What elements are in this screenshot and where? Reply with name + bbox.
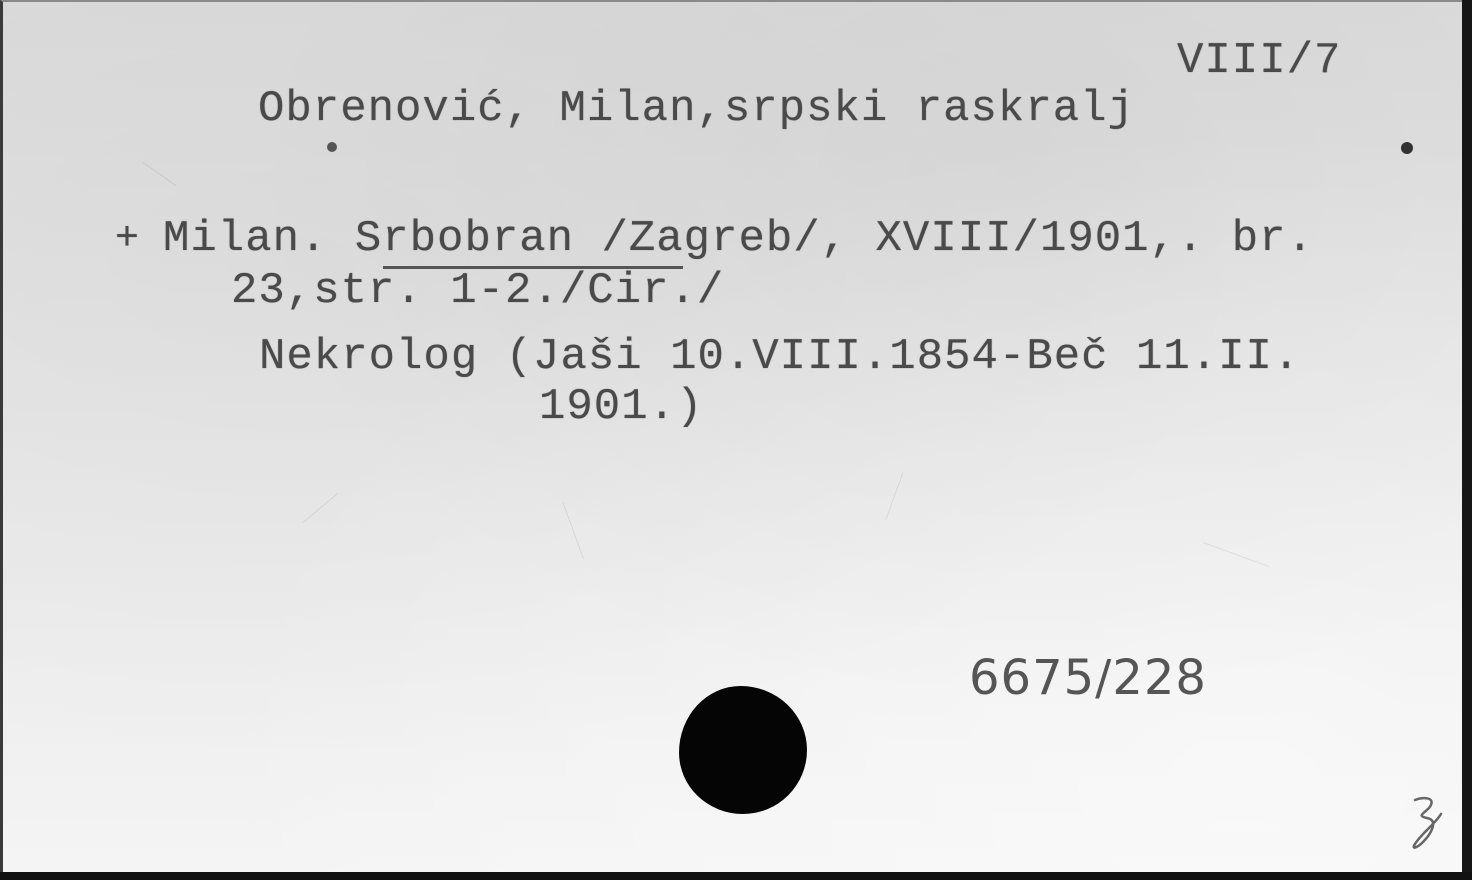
ink-dot — [327, 142, 337, 152]
paper-fiber — [303, 493, 338, 523]
inventory-number: 6675/228 — [969, 650, 1207, 706]
ink-dot — [1401, 142, 1413, 154]
entry-marker: + — [115, 217, 140, 262]
note-line-2: 1901.) — [539, 382, 703, 432]
note-line-1: Nekrolog (Jaši 10.VIII.1854-Beč 11.II. — [259, 332, 1300, 382]
scan-edge-bottom — [0, 872, 1472, 880]
paper-fiber — [143, 162, 176, 186]
citation-line-2: 23,str. 1-2./Cir./ — [231, 266, 724, 316]
paper-fiber — [1203, 542, 1269, 567]
paper-fiber — [885, 472, 903, 519]
handwritten-mark-icon — [1407, 794, 1447, 854]
card-heading: Obrenović, Milan,srpski raskralj — [258, 84, 1135, 134]
punch-hole — [679, 686, 807, 814]
catalog-card: VIII/7 Obrenović, Milan,srpski raskralj … — [0, 0, 1462, 872]
paper-fiber — [563, 502, 584, 559]
call-number: VIII/7 — [1177, 36, 1341, 86]
citation-line-1: Milan. Srbobran /Zagreb/, XVIII/1901,. b… — [163, 214, 1314, 264]
scan-edge-right — [1462, 0, 1472, 880]
